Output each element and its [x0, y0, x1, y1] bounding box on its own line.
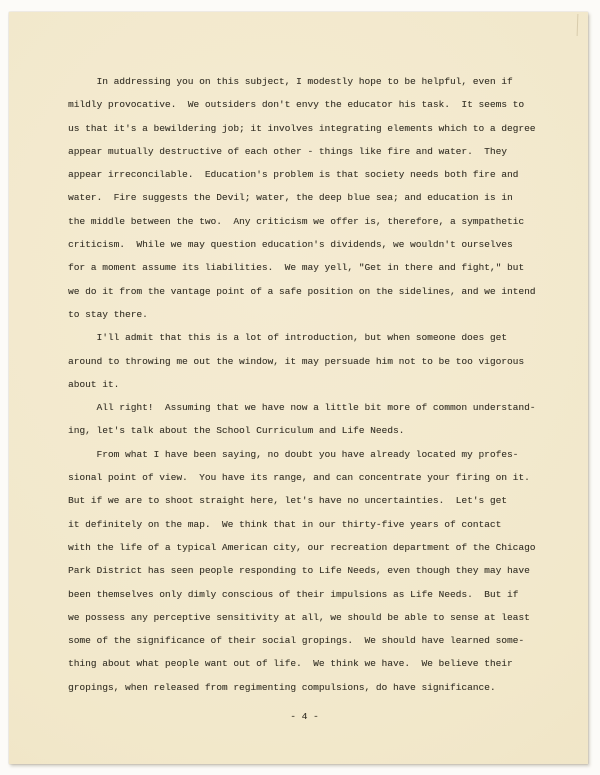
text-line: In addressing you on this subject, I mod… [68, 70, 546, 93]
text-line: the middle between the two. Any criticis… [68, 210, 546, 233]
text-line: But if we are to shoot straight here, le… [68, 489, 546, 512]
text-line: thing about what people want out of life… [68, 652, 546, 675]
text-line: some of the significance of their social… [68, 629, 546, 652]
text-line: it definitely on the map. We think that … [68, 513, 546, 536]
text-line: we possess any perceptive sensitivity at… [68, 606, 546, 629]
text-line: with the life of a typical American city… [68, 536, 546, 559]
text-line: criticism. While we may question educati… [68, 233, 546, 256]
text-line: been themselves only dimly conscious of … [68, 583, 546, 606]
text-line: sional point of view. You have its range… [68, 466, 546, 489]
text-line: ing, let's talk about the School Curricu… [68, 419, 546, 442]
text-line: From what I have been saying, no doubt y… [68, 443, 546, 466]
text-line: for a moment assume its liabilities. We … [68, 256, 546, 279]
text-line: mildly provocative. We outsiders don't e… [68, 93, 546, 116]
text-line: around to throwing me out the window, it… [68, 350, 546, 373]
text-line: appear irreconcilable. Education's probl… [68, 163, 546, 186]
scan-background: In addressing you on this subject, I mod… [0, 0, 600, 775]
page-number: - 4 - [68, 705, 541, 728]
text-line: Park District has seen people responding… [68, 559, 546, 582]
text-line: we do it from the vantage point of a saf… [68, 280, 546, 303]
text-line: to stay there. [68, 303, 546, 326]
text-line: us that it's a bewildering job; it invol… [68, 117, 546, 140]
text-line: I'll admit that this is a lot of introdu… [68, 326, 546, 349]
text-line: about it. [68, 373, 546, 396]
text-line: gropings, when released from regimenting… [68, 676, 546, 699]
text-line: All right! Assuming that we have now a l… [68, 396, 546, 419]
document-page: In addressing you on this subject, I mod… [9, 12, 588, 764]
text-line: water. Fire suggests the Devil; water, t… [68, 186, 546, 209]
document-body: In addressing you on this subject, I mod… [68, 70, 546, 728]
text-line: appear mutually destructive of each othe… [68, 140, 546, 163]
paper-crease-mark [577, 14, 579, 36]
